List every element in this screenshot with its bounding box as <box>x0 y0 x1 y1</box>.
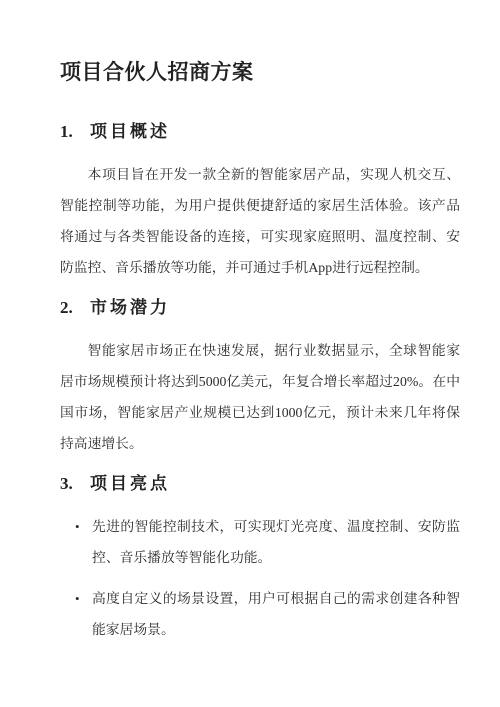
list-item: •高度自定义的场景设置，用户可根据自己的需求创建各种智能家居场景。 <box>92 583 460 645</box>
section-1-heading-text: 项目概述 <box>90 122 170 141</box>
section-3-heading-text: 项目亮点 <box>90 474 170 493</box>
section-1-paragraph: 本项目旨在开发一款全新的智能家居产品，实现人机交互、智能控制等功能，为用户提供便… <box>60 159 460 283</box>
section-2-number: 2. <box>60 296 90 320</box>
section-2-paragraph: 智能家居市场正在快速发展，据行业数据显示，全球智能家居市场规模预计将达到5000… <box>60 335 460 459</box>
list-item-text: 先进的智能控制技术，可实现灯光亮度、温度控制、安防监控、音乐播放等智能化功能。 <box>92 519 460 565</box>
section-3-number: 3. <box>60 472 90 496</box>
document-title: 项目合伙人招商方案 <box>60 57 460 87</box>
section-1-number: 1. <box>60 120 90 144</box>
highlights-list: •先进的智能控制技术，可实现灯光亮度、温度控制、安防监控、音乐播放等智能化功能。… <box>60 511 460 645</box>
bullet-icon: • <box>75 511 80 542</box>
section-2-heading-text: 市场潜力 <box>90 298 170 317</box>
list-item: •先进的智能控制技术，可实现灯光亮度、温度控制、安防监控、音乐播放等智能化功能。 <box>92 511 460 573</box>
bullet-icon: • <box>75 583 80 614</box>
section-3-heading: 3.项目亮点 <box>60 472 460 496</box>
section-1-heading: 1.项目概述 <box>60 120 460 144</box>
section-2-heading: 2.市场潜力 <box>60 296 460 320</box>
list-item-text: 高度自定义的场景设置，用户可根据自己的需求创建各种智能家居场景。 <box>92 591 460 637</box>
document-page: 项目合伙人招商方案 1.项目概述 本项目旨在开发一款全新的智能家居产品，实现人机… <box>0 0 500 707</box>
